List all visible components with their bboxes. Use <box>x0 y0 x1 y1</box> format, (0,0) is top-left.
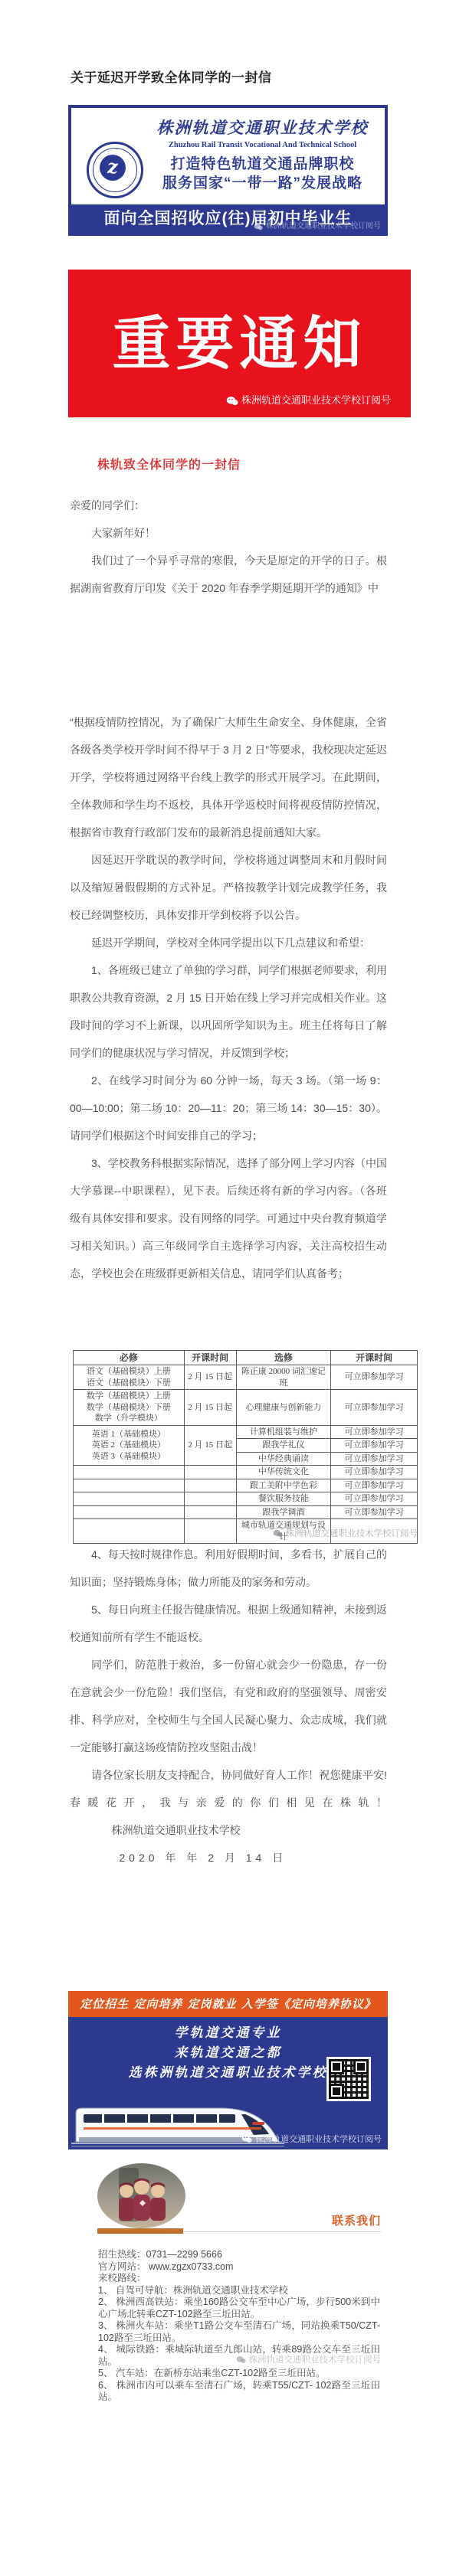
table-cell: 可立即参加学习 <box>331 1390 418 1426</box>
table-cell: 可立即参加学习 <box>331 1425 418 1439</box>
letter-heading: 株轨致全体同学的一封信 <box>97 455 241 472</box>
contact-divider <box>183 2231 381 2232</box>
table-cell: 语文（基础模块）上册语文（基础模块）下册 <box>74 1365 185 1390</box>
table-row: 数学（基础模块）上册数学（基础模块）下册数学（升学模块）2 月 15 日起心理健… <box>74 1390 418 1426</box>
table-header-row: 必修开课时间选修开课时间 <box>74 1351 418 1365</box>
table-cell: 跟工美附中学色彩 <box>236 1479 331 1492</box>
contact-line: 2、 株洲西高铁站：乘坐160路公交车至中心广场，步行500米到中心广场北转乘C… <box>98 2296 380 2320</box>
table-cell: 陈正康 20000 词汇速记班 <box>236 1365 331 1390</box>
table-cell: 可立即参加学习 <box>331 1505 418 1519</box>
table-cell <box>74 1505 185 1519</box>
contact-lines: 招生热线：0731—2299 5666官方网站： www.zgzx0733.co… <box>98 2249 380 2404</box>
letter-paragraph: 大家新年好！ <box>70 519 387 547</box>
table-cell <box>184 1505 236 1519</box>
table-cell: 中华传统文化 <box>236 1466 331 1479</box>
table-header-cell: 开课时间 <box>331 1351 418 1365</box>
table-cell: 2 月 15 日起 <box>184 1425 236 1466</box>
banner-slogan: 打造特色轨道交通品牌职校 服务国家“一带一路”发展战略 <box>145 155 380 193</box>
letter-body: “根据疫情防控情况，为了确保广大师生生命安全、身体健康，全省各级各类学校开学时间… <box>70 708 387 1287</box>
table-cell <box>184 1479 236 1492</box>
letter-paragraph: “根据疫情防控情况，为了确保广大师生生命安全、身体健康，全省各级各类学校开学时间… <box>70 708 387 846</box>
qr-finder <box>353 2059 369 2074</box>
letter-paragraph: 1、各班级已建立了单独的学习群，同学们根据老师要求，利用职教公共教育资源，2 月… <box>70 956 387 1067</box>
contact-line: 招生热线：0731—2299 5666 <box>98 2249 380 2261</box>
poster-script-line: 学轨道交通专业 <box>68 2023 388 2043</box>
table-cell <box>74 1479 185 1492</box>
table-cell: 可立即参加学习 <box>331 1466 418 1479</box>
school-name-en: Zhuzhou Rail Transit Vocational And Tech… <box>145 141 380 149</box>
school-banner-image[interactable]: z 株洲轨道交通职业技术学校 Zhuzhou Rail Transit Voca… <box>68 105 388 236</box>
wechat-icon <box>226 396 238 406</box>
letter-paragraph: 请各位家长朋友支持配合，协同做好育人工作！祝您健康平安!春暖花开，我与亲爱的你们… <box>70 1761 387 1816</box>
table-cell <box>74 1466 185 1479</box>
letter-paragraph: 因延迟开学耽误的教学时间，学校将通过调整周末和月假时间以及缩短暑假假期的方式补足… <box>70 846 387 929</box>
course-table: 必修开课时间选修开课时间 语文（基础模块）上册语文（基础模块）下册2 月 15 … <box>73 1350 418 1544</box>
contact-heading: 联系我们 <box>332 2212 381 2228</box>
letter-paragraph: 3、学校教务科根据实际情况，选择了部分网上学习内容（中国大学慕课--中职课程），… <box>70 1149 387 1287</box>
table-row: 跟我学调酒可立即参加学习 <box>74 1505 418 1519</box>
table-cell <box>74 1492 185 1506</box>
table-cell <box>74 1519 185 1544</box>
course-table-grid: 必修开课时间选修开课时间 语文（基础模块）上册语文（基础模块）下册2 月 15 … <box>73 1350 418 1544</box>
table-header-cell: 必修 <box>74 1351 185 1365</box>
contact-line: 来校路线： <box>98 2273 380 2285</box>
contact-line: 6、 株洲市内可以乘车至清石广场，转乘T55/CZT- 102路至三坵田站。 <box>98 2380 380 2404</box>
recruitment-poster-image[interactable]: 定位招生 定向培养 定岗就业 入学签《定向培养协议》 学轨道交通专业来轨道交通之… <box>68 1991 388 2149</box>
contact-line: 3、 株洲火车站：乘坐T1路公交车至清石广场，同站换乘T50/CZT-102路至… <box>98 2320 380 2344</box>
subscription-watermark: 株洲轨道交通职业技术学校订阅号 <box>236 2353 382 2365</box>
wechat-icon <box>241 2134 252 2143</box>
table-cell: 2 月 15 日起 <box>184 1390 236 1426</box>
wechat-icon <box>254 223 263 230</box>
table-header-cell: 开课时间 <box>184 1351 236 1365</box>
qr-code[interactable] <box>326 2057 371 2101</box>
letter-intro: 亲爱的同学们：大家新年好！我们过了一个异乎寻常的寒假，今天是原定的开学的日子。根… <box>70 492 387 602</box>
school-logo: z <box>87 142 143 198</box>
table-cell: 可立即参加学习 <box>331 1365 418 1390</box>
table-cell <box>184 1519 236 1544</box>
letter-paragraph: 2、在线学习时间分为 60 分钟一场，每天 3 场。（第一场 9：00—10:0… <box>70 1067 387 1149</box>
article-page: 关于延迟开学致全体同学的一封信 z 株洲轨道交通职业技术学校 Zhuzhou R… <box>0 0 456 2576</box>
table-cell: 中华经典诵读 <box>236 1452 331 1466</box>
table-cell: 数学（基础模块）上册数学（基础模块）下册数学（升学模块） <box>74 1390 185 1426</box>
table-cell: 英语 1（基础模块）英语 2（基础模块）英语 3（基础模块） <box>74 1425 185 1466</box>
table-cell: 可立即参加学习 <box>331 1492 418 1506</box>
letter-signature: 株洲轨道交通职业技术学校 <box>70 1816 387 1844</box>
letter-paragraph: 4、每天按时规律作息。利用好假期时间，多看书，扩展自己的知识面；坚持锻炼身体；做… <box>70 1541 387 1596</box>
subscription-watermark: 株洲轨道交通职业技术学校订阅号 <box>254 222 381 231</box>
qr-finder <box>329 2084 344 2099</box>
wechat-icon <box>236 2355 246 2364</box>
table-row: 英语 1（基础模块）英语 2（基础模块）英语 3（基础模块）2 月 15 日起计… <box>74 1425 418 1439</box>
table-cell: 计算机组装与维护 <box>236 1425 331 1439</box>
banner-slogan-line1: 打造特色轨道交通品牌职校 <box>145 155 380 174</box>
banner-slogan-line2: 服务国家“一带一路”发展战略 <box>145 174 380 193</box>
table-cell: 跟我学礼仪 <box>236 1439 331 1453</box>
subscription-watermark: 株洲轨道交通职业技术学校订阅号 <box>241 2133 382 2145</box>
poster-orange-slogan: 定位招生 定向培养 定岗就业 入学签《定向培养协议》 <box>68 1991 388 2017</box>
contact-line: 1、 自驾可导航：株洲轨道交通职业技术学校 <box>98 2285 380 2297</box>
letter-paragraph: 同学们，防范胜于救治，多一份留心就会少一份隐患，存一份在意就会少一份危险！我们坚… <box>70 1651 387 1761</box>
letter-paragraph: 5、每日向班主任报告健康情况。根据上级通知精神，未接到返校通知前所有学生不能返校… <box>70 1596 387 1651</box>
table-cell <box>184 1492 236 1506</box>
letter-paragraph: 延迟开学期间，学校对全体同学提出以下几点建议和希望： <box>70 929 387 956</box>
table-cell: 可立即参加学习 <box>331 1452 418 1466</box>
table-cell: 可立即参加学习 <box>331 1479 418 1492</box>
page-title: 关于延迟开学致全体同学的一封信 <box>71 69 400 87</box>
table-header-cell: 选修 <box>236 1351 331 1365</box>
letter-closing-paragraphs: 4、每天按时规律作息。利用好假期时间，多看书，扩展自己的知识面；坚持锻炼身体；做… <box>70 1541 387 1816</box>
letter-paragraph: 我们过了一个异乎寻常的寒假，今天是原定的开学的日子。根据湖南省教育厅印发《关于 … <box>70 547 387 602</box>
table-cell: 跟我学调酒 <box>236 1505 331 1519</box>
letter-paragraph: 亲爱的同学们： <box>70 492 387 519</box>
table-cell: 可立即参加学习 <box>331 1439 418 1453</box>
contact-line: 5、 汽车站：在新桥东站乘坐CZT-102路至三坵田站。 <box>98 2368 380 2380</box>
table-row: 餐饮服务技能可立即参加学习 <box>74 1492 418 1506</box>
contact-line: 官方网站： www.zgzx0733.com <box>98 2261 380 2274</box>
notice-banner-image[interactable]: 重要通知 株洲轨道交通职业技术学校订阅号 <box>68 270 411 417</box>
school-banner-text: 株洲轨道交通职业技术学校 Zhuzhou Rail Transit Vocati… <box>145 116 380 193</box>
contact-accent-bar <box>97 2228 183 2234</box>
subscription-watermark: 株洲轨道交通职业技术学校订阅号 <box>226 394 391 407</box>
table-row: 跟工美附中学色彩可立即参加学习 <box>74 1479 418 1492</box>
logo-z-mark: z <box>100 155 126 181</box>
table-cell: 2 月 15 日起 <box>184 1365 236 1390</box>
wechat-icon <box>273 1529 283 1538</box>
subscription-watermark: 株洲轨道交通职业技术学校订阅号 <box>273 1527 418 1539</box>
notice-text: 重要通知 <box>68 270 411 375</box>
table-cell: 心理健康与创新能力 <box>236 1390 331 1426</box>
table-cell <box>184 1466 236 1479</box>
table-row: 语文（基础模块）上册语文（基础模块）下册2 月 15 日起陈正康 20000 词… <box>74 1365 418 1390</box>
letter-closing: 4、每天按时规律作息。利用好假期时间，多看书，扩展自己的知识面；坚持锻炼身体；做… <box>70 1541 387 1872</box>
table-row: 中华传统文化可立即参加学习 <box>74 1466 418 1479</box>
contact-photo[interactable] <box>97 2163 185 2228</box>
letter-date: 2020 年 年 2 月 14 日 <box>70 1844 387 1872</box>
banner-strip: 面向全国招收应(往)届初中毕业生 株洲轨道交通职业技术学校订阅号 <box>71 204 385 233</box>
qr-finder <box>329 2059 344 2074</box>
table-cell: 餐饮服务技能 <box>236 1492 331 1506</box>
school-name-cn: 株洲轨道交通职业技术学校 <box>145 116 380 139</box>
attendants-illustration <box>97 2163 185 2228</box>
